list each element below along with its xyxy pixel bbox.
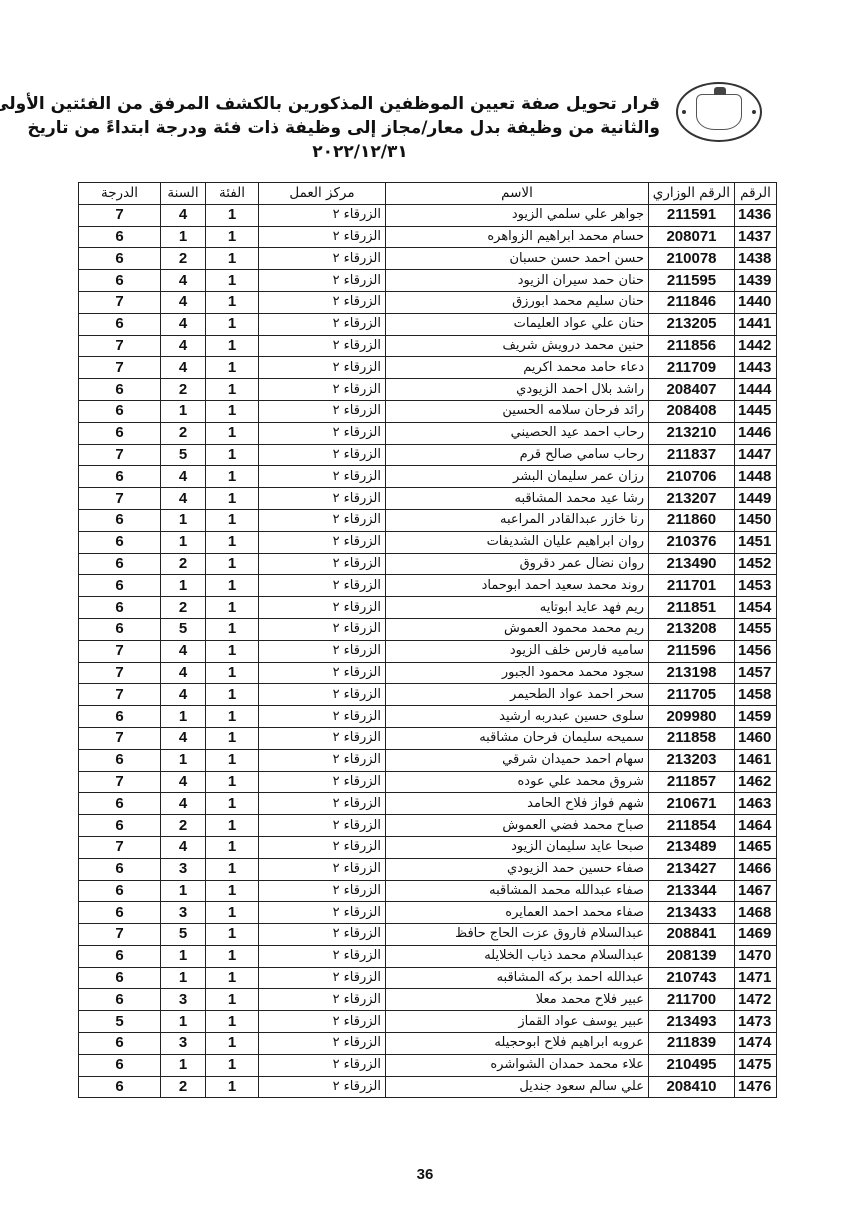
row-name: رائد فرحان سلامه الحسين [386,400,649,422]
row-year: 1 [161,226,206,248]
row-name: عبدالسلام محمد ذياب الخلايله [386,945,649,967]
seal-emblem [696,94,742,130]
row-ministry-number: 213210 [649,422,735,444]
row-category: 1 [206,924,259,946]
row-year: 4 [161,488,206,510]
table-row: 1458211705سحر احمد عواد الطحيمرالزرقاء ٢… [79,684,777,706]
row-grade: 6 [79,1076,161,1098]
row-seq-number: 1465 [735,836,777,858]
row-work-center: الزرقاء ٢ [259,662,386,684]
row-ministry-number: 208841 [649,924,735,946]
row-work-center: الزرقاء ٢ [259,836,386,858]
row-year: 4 [161,684,206,706]
row-seq-number: 1471 [735,967,777,989]
row-ministry-number: 211709 [649,357,735,379]
row-name: سميحه سليمان فرحان مشاقبه [386,727,649,749]
row-category: 1 [206,553,259,575]
row-work-center: الزرقاء ٢ [259,1011,386,1033]
document-title: قرار تحويل صفة تعيين الموظفين المذكورين … [100,92,660,164]
row-grade: 6 [79,945,161,967]
row-seq-number: 1463 [735,793,777,815]
table-row: 1466213427صفاء حسين حمد الزيوديالزرقاء ٢… [79,858,777,880]
row-ministry-number: 208408 [649,400,735,422]
row-name: عبدالسلام فاروق عزت الحاج حافظ [386,924,649,946]
row-category: 1 [206,335,259,357]
row-name: حنان حمد سيران الزيود [386,270,649,292]
row-grade: 6 [79,967,161,989]
row-grade: 6 [79,1033,161,1055]
row-seq-number: 1461 [735,749,777,771]
row-name: رزان عمر سليمان البشر [386,466,649,488]
row-category: 1 [206,640,259,662]
row-seq-number: 1458 [735,684,777,706]
row-year: 2 [161,597,206,619]
row-seq-number: 1456 [735,640,777,662]
row-seq-number: 1474 [735,1033,777,1055]
row-grade: 7 [79,684,161,706]
row-work-center: الزرقاء ٢ [259,553,386,575]
row-grade: 5 [79,1011,161,1033]
table-row: 1436211591جواهر علي سلمي الزيودالزرقاء ٢… [79,204,777,226]
row-grade: 6 [79,989,161,1011]
row-ministry-number: 213205 [649,313,735,335]
table-row: 1473213493عبير يوسف عواد القمازالزرقاء ٢… [79,1011,777,1033]
row-year: 4 [161,836,206,858]
row-year: 1 [161,967,206,989]
title-date: ٢٠٢٢/١٢/٣١ [100,140,660,164]
row-year: 3 [161,858,206,880]
row-ministry-number: 211857 [649,771,735,793]
row-seq-number: 1436 [735,204,777,226]
table-row: 1439211595حنان حمد سيران الزيودالزرقاء ٢… [79,270,777,292]
row-work-center: الزرقاء ٢ [259,357,386,379]
row-category: 1 [206,597,259,619]
row-seq-number: 1466 [735,858,777,880]
row-grade: 6 [79,270,161,292]
table-row: 1447211837رحاب سامي صالح قرمالزرقاء ٢157 [79,444,777,466]
row-ministry-number: 208139 [649,945,735,967]
row-work-center: الزرقاء ٢ [259,444,386,466]
table-row: 1470208139عبدالسلام محمد ذياب الخلايلهال… [79,945,777,967]
row-work-center: الزرقاء ٢ [259,597,386,619]
row-grade: 6 [79,422,161,444]
row-name: عبدالله احمد بركه المشاقبه [386,967,649,989]
row-name: سجود محمد محمود الجبور [386,662,649,684]
table-row: 1442211856حنين محمد درويش شريفالزرقاء ٢1… [79,335,777,357]
table-row: 1443211709دعاء حامد محمد اكريمالزرقاء ٢1… [79,357,777,379]
row-work-center: الزرقاء ٢ [259,466,386,488]
row-ministry-number: 213489 [649,836,735,858]
table-row: 1460211858سميحه سليمان فرحان مشاقبهالزرق… [79,727,777,749]
row-work-center: الزرقاء ٢ [259,924,386,946]
row-work-center: الزرقاء ٢ [259,618,386,640]
row-ministry-number: 213427 [649,858,735,880]
row-name: راشد بلال احمد الزيودي [386,379,649,401]
row-seq-number: 1439 [735,270,777,292]
table-row: 1444208407راشد بلال احمد الزيوديالزرقاء … [79,379,777,401]
row-year: 4 [161,291,206,313]
row-grade: 6 [79,749,161,771]
table-row: 1455213208ريم محمد محمود العموشالزرقاء ٢… [79,618,777,640]
row-year: 2 [161,553,206,575]
row-category: 1 [206,1054,259,1076]
row-name: حنان علي عواد العليمات [386,313,649,335]
row-grade: 6 [79,400,161,422]
row-name: دعاء حامد محمد اكريم [386,357,649,379]
row-work-center: الزرقاء ٢ [259,1033,386,1055]
row-ministry-number: 210706 [649,466,735,488]
table-row: 1450211860رنا خازر عبدالقادر المراعبهالز… [79,509,777,531]
row-work-center: الزرقاء ٢ [259,335,386,357]
row-year: 4 [161,313,206,335]
row-category: 1 [206,880,259,902]
table-row: 1468213433صفاء محمد احمد العمايرهالزرقاء… [79,902,777,924]
row-category: 1 [206,488,259,510]
row-year: 5 [161,924,206,946]
row-work-center: الزرقاء ٢ [259,706,386,728]
row-year: 3 [161,989,206,1011]
row-year: 5 [161,444,206,466]
row-grade: 7 [79,924,161,946]
row-work-center: الزرقاء ٢ [259,226,386,248]
row-seq-number: 1469 [735,924,777,946]
table-row: 1469208841عبدالسلام فاروق عزت الحاج حافظ… [79,924,777,946]
row-category: 1 [206,749,259,771]
row-ministry-number: 211596 [649,640,735,662]
table-row: 1457213198سجود محمد محمود الجبورالزرقاء … [79,662,777,684]
row-seq-number: 1454 [735,597,777,619]
row-ministry-number: 211595 [649,270,735,292]
row-seq-number: 1457 [735,662,777,684]
row-seq-number: 1450 [735,509,777,531]
row-ministry-number: 208407 [649,379,735,401]
row-seq-number: 1442 [735,335,777,357]
row-name: حسام محمد ابراهيم الزواهره [386,226,649,248]
table-row: 1464211854صباح محمد فضي العموشالزرقاء ٢1… [79,815,777,837]
row-name: حنان سليم محمد ابورزق [386,291,649,313]
row-name: رشا عيد محمد المشاقبه [386,488,649,510]
row-year: 2 [161,379,206,401]
row-year: 2 [161,1076,206,1098]
row-category: 1 [206,1076,259,1098]
row-ministry-number: 211858 [649,727,735,749]
table-row: 1461213203سهام احمد حميدان شرقيالزرقاء ٢… [79,749,777,771]
table-row: 1475210495علاء محمد حمدان الشواشرهالزرقا… [79,1054,777,1076]
table-row: 1456211596ساميه فارس خلف الزيودالزرقاء ٢… [79,640,777,662]
table-row: 1462211857شروق محمد علي عودهالزرقاء ٢147 [79,771,777,793]
row-work-center: الزرقاء ٢ [259,902,386,924]
row-year: 3 [161,902,206,924]
row-category: 1 [206,313,259,335]
row-name: علي سالم سعود جنديل [386,1076,649,1098]
row-ministry-number: 210743 [649,967,735,989]
row-grade: 6 [79,706,161,728]
table-row: 1438210078حسن احمد حسن حسبانالزرقاء ٢126 [79,248,777,270]
row-name: سلوى حسين عبدربه ارشيد [386,706,649,728]
row-ministry-number: 211860 [649,509,735,531]
row-seq-number: 1453 [735,575,777,597]
table-row: 1472211700عبير فلاح محمد معلاالزرقاء ٢13… [79,989,777,1011]
row-year: 4 [161,335,206,357]
row-ministry-number: 213203 [649,749,735,771]
row-year: 2 [161,815,206,837]
row-grade: 7 [79,291,161,313]
row-seq-number: 1451 [735,531,777,553]
row-year: 4 [161,466,206,488]
row-grade: 7 [79,640,161,662]
row-work-center: الزرقاء ٢ [259,771,386,793]
row-grade: 7 [79,662,161,684]
table-row: 1465213489صبحا عايد سليمان الزيودالزرقاء… [79,836,777,858]
title-line-2: والثانية من وظيفة بدل معار/مجاز إلى وظيف… [100,116,660,140]
row-grade: 7 [79,335,161,357]
row-seq-number: 1455 [735,618,777,640]
row-seq-number: 1472 [735,989,777,1011]
row-ministry-number: 213493 [649,1011,735,1033]
row-grade: 7 [79,357,161,379]
row-category: 1 [206,945,259,967]
row-category: 1 [206,575,259,597]
table-row: 1476208410علي سالم سعود جنديلالزرقاء ٢12… [79,1076,777,1098]
table-row: 1440211846حنان سليم محمد ابورزقالزرقاء ٢… [79,291,777,313]
row-category: 1 [206,357,259,379]
row-ministry-number: 211854 [649,815,735,837]
table-row: 1467213344صفاء عبدالله محمد المشاقبهالزر… [79,880,777,902]
row-year: 2 [161,248,206,270]
row-work-center: الزرقاء ٢ [259,509,386,531]
row-seq-number: 1462 [735,771,777,793]
row-work-center: الزرقاء ٢ [259,248,386,270]
row-seq-number: 1449 [735,488,777,510]
row-category: 1 [206,793,259,815]
row-year: 4 [161,771,206,793]
row-category: 1 [206,815,259,837]
row-seq-number: 1470 [735,945,777,967]
row-year: 1 [161,749,206,771]
row-work-center: الزرقاء ٢ [259,989,386,1011]
employees-table: الرقم الرقم الوزاري الاسم مركز العمل الف… [78,182,777,1098]
row-seq-number: 1443 [735,357,777,379]
row-work-center: الزرقاء ٢ [259,684,386,706]
row-ministry-number: 211701 [649,575,735,597]
row-category: 1 [206,400,259,422]
table-header-row: الرقم الرقم الوزاري الاسم مركز العمل الف… [79,183,777,205]
row-name: حنين محمد درويش شريف [386,335,649,357]
row-grade: 6 [79,226,161,248]
row-ministry-number: 213207 [649,488,735,510]
row-grade: 6 [79,858,161,880]
row-ministry-number: 209980 [649,706,735,728]
row-grade: 6 [79,815,161,837]
row-year: 1 [161,531,206,553]
row-work-center: الزرقاء ٢ [259,575,386,597]
column-header-category: الفئة [206,183,259,205]
table-row: 1471210743عبدالله احمد بركه المشاقبهالزر… [79,967,777,989]
row-name: شهم فواز فلاح الحامد [386,793,649,815]
row-name: روند محمد سعيد احمد ابوحماد [386,575,649,597]
row-ministry-number: 211851 [649,597,735,619]
row-category: 1 [206,727,259,749]
row-year: 4 [161,640,206,662]
row-grade: 7 [79,204,161,226]
row-ministry-number: 211591 [649,204,735,226]
row-ministry-number: 213433 [649,902,735,924]
row-category: 1 [206,771,259,793]
row-ministry-number: 211700 [649,989,735,1011]
row-work-center: الزرقاء ٢ [259,858,386,880]
row-name: ريم فهد عايد ابوتايه [386,597,649,619]
table-row: 1451210376روان ابراهيم عليان الشديفاتالز… [79,531,777,553]
column-header-work-center: مركز العمل [259,183,386,205]
row-work-center: الزرقاء ٢ [259,880,386,902]
row-category: 1 [206,618,259,640]
row-ministry-number: 211837 [649,444,735,466]
row-grade: 6 [79,575,161,597]
row-ministry-number: 211839 [649,1033,735,1055]
row-name: صباح محمد فضي العموش [386,815,649,837]
table-row: 1452213490روان نضال عمر دقروقالزرقاء ٢12… [79,553,777,575]
row-name: سحر احمد عواد الطحيمر [386,684,649,706]
row-work-center: الزرقاء ٢ [259,945,386,967]
row-seq-number: 1438 [735,248,777,270]
row-category: 1 [206,248,259,270]
column-header-seq: الرقم [735,183,777,205]
row-category: 1 [206,226,259,248]
table-row: 1446213210رحاب احمد عيد الحصينيالزرقاء ٢… [79,422,777,444]
row-seq-number: 1475 [735,1054,777,1076]
row-year: 1 [161,945,206,967]
row-category: 1 [206,291,259,313]
row-name: صفاء حسين حمد الزيودي [386,858,649,880]
row-year: 1 [161,1054,206,1076]
row-work-center: الزرقاء ٢ [259,793,386,815]
row-seq-number: 1444 [735,379,777,401]
row-seq-number: 1473 [735,1011,777,1033]
row-category: 1 [206,706,259,728]
row-grade: 7 [79,771,161,793]
table-row: 1449213207رشا عيد محمد المشاقبهالزرقاء ٢… [79,488,777,510]
row-name: جواهر علي سلمي الزيود [386,204,649,226]
row-work-center: الزرقاء ٢ [259,1076,386,1098]
title-line-1: قرار تحويل صفة تعيين الموظفين المذكورين … [100,92,660,116]
row-ministry-number: 210671 [649,793,735,815]
row-grade: 6 [79,618,161,640]
row-ministry-number: 211705 [649,684,735,706]
row-ministry-number: 210078 [649,248,735,270]
row-category: 1 [206,858,259,880]
row-work-center: الزرقاء ٢ [259,291,386,313]
row-ministry-number: 213490 [649,553,735,575]
row-category: 1 [206,967,259,989]
row-work-center: الزرقاء ٢ [259,204,386,226]
row-seq-number: 1464 [735,815,777,837]
row-year: 1 [161,1011,206,1033]
row-seq-number: 1437 [735,226,777,248]
row-grade: 6 [79,531,161,553]
table-row: 1445208408رائد فرحان سلامه الحسينالزرقاء… [79,400,777,422]
row-seq-number: 1452 [735,553,777,575]
row-work-center: الزرقاء ٢ [259,400,386,422]
row-category: 1 [206,531,259,553]
row-ministry-number: 208071 [649,226,735,248]
row-year: 4 [161,357,206,379]
row-name: صفاء محمد احمد العمايره [386,902,649,924]
row-work-center: الزرقاء ٢ [259,270,386,292]
row-category: 1 [206,1033,259,1055]
row-year: 4 [161,204,206,226]
row-seq-number: 1467 [735,880,777,902]
row-work-center: الزرقاء ٢ [259,727,386,749]
row-seq-number: 1448 [735,466,777,488]
row-category: 1 [206,204,259,226]
table-row: 1463210671شهم فواز فلاح الحامدالزرقاء ٢1… [79,793,777,815]
row-seq-number: 1447 [735,444,777,466]
table-row: 1437208071حسام محمد ابراهيم الزواهرهالزر… [79,226,777,248]
row-grade: 6 [79,313,161,335]
row-grade: 7 [79,836,161,858]
row-category: 1 [206,684,259,706]
row-name: رحاب سامي صالح قرم [386,444,649,466]
row-grade: 6 [79,880,161,902]
row-ministry-number: 210376 [649,531,735,553]
row-year: 1 [161,575,206,597]
row-work-center: الزرقاء ٢ [259,488,386,510]
row-category: 1 [206,444,259,466]
row-category: 1 [206,509,259,531]
row-category: 1 [206,270,259,292]
table-row: 1441213205حنان علي عواد العليماتالزرقاء … [79,313,777,335]
table-row: 1459209980سلوى حسين عبدربه ارشيدالزرقاء … [79,706,777,728]
row-year: 4 [161,270,206,292]
row-year: 3 [161,1033,206,1055]
row-work-center: الزرقاء ٢ [259,313,386,335]
row-name: رحاب احمد عيد الحصيني [386,422,649,444]
row-seq-number: 1460 [735,727,777,749]
crown-icon [714,87,726,95]
row-name: صبحا عايد سليمان الزيود [386,836,649,858]
row-name: سهام احمد حميدان شرقي [386,749,649,771]
column-header-year: السنة [161,183,206,205]
row-year: 1 [161,509,206,531]
row-work-center: الزرقاء ٢ [259,815,386,837]
row-name: عروبه ابراهيم فلاح ابوحجيله [386,1033,649,1055]
row-seq-number: 1476 [735,1076,777,1098]
row-ministry-number: 210495 [649,1054,735,1076]
row-grade: 6 [79,379,161,401]
row-name: ريم محمد محمود العموش [386,618,649,640]
row-work-center: الزرقاء ٢ [259,422,386,444]
row-name: علاء محمد حمدان الشواشره [386,1054,649,1076]
row-seq-number: 1468 [735,902,777,924]
row-name: روان نضال عمر دقروق [386,553,649,575]
row-work-center: الزرقاء ٢ [259,967,386,989]
table-row: 1453211701روند محمد سعيد احمد ابوحمادالز… [79,575,777,597]
row-name: عبير يوسف عواد القماز [386,1011,649,1033]
seal-star-icon [752,110,756,114]
row-seq-number: 1440 [735,291,777,313]
row-grade: 6 [79,1054,161,1076]
row-ministry-number: 213208 [649,618,735,640]
row-work-center: الزرقاء ٢ [259,749,386,771]
column-header-ministry-number: الرقم الوزاري [649,183,735,205]
row-year: 4 [161,727,206,749]
row-ministry-number: 208410 [649,1076,735,1098]
row-year: 1 [161,400,206,422]
row-year: 1 [161,706,206,728]
row-category: 1 [206,1011,259,1033]
row-grade: 6 [79,793,161,815]
row-work-center: الزرقاء ٢ [259,379,386,401]
